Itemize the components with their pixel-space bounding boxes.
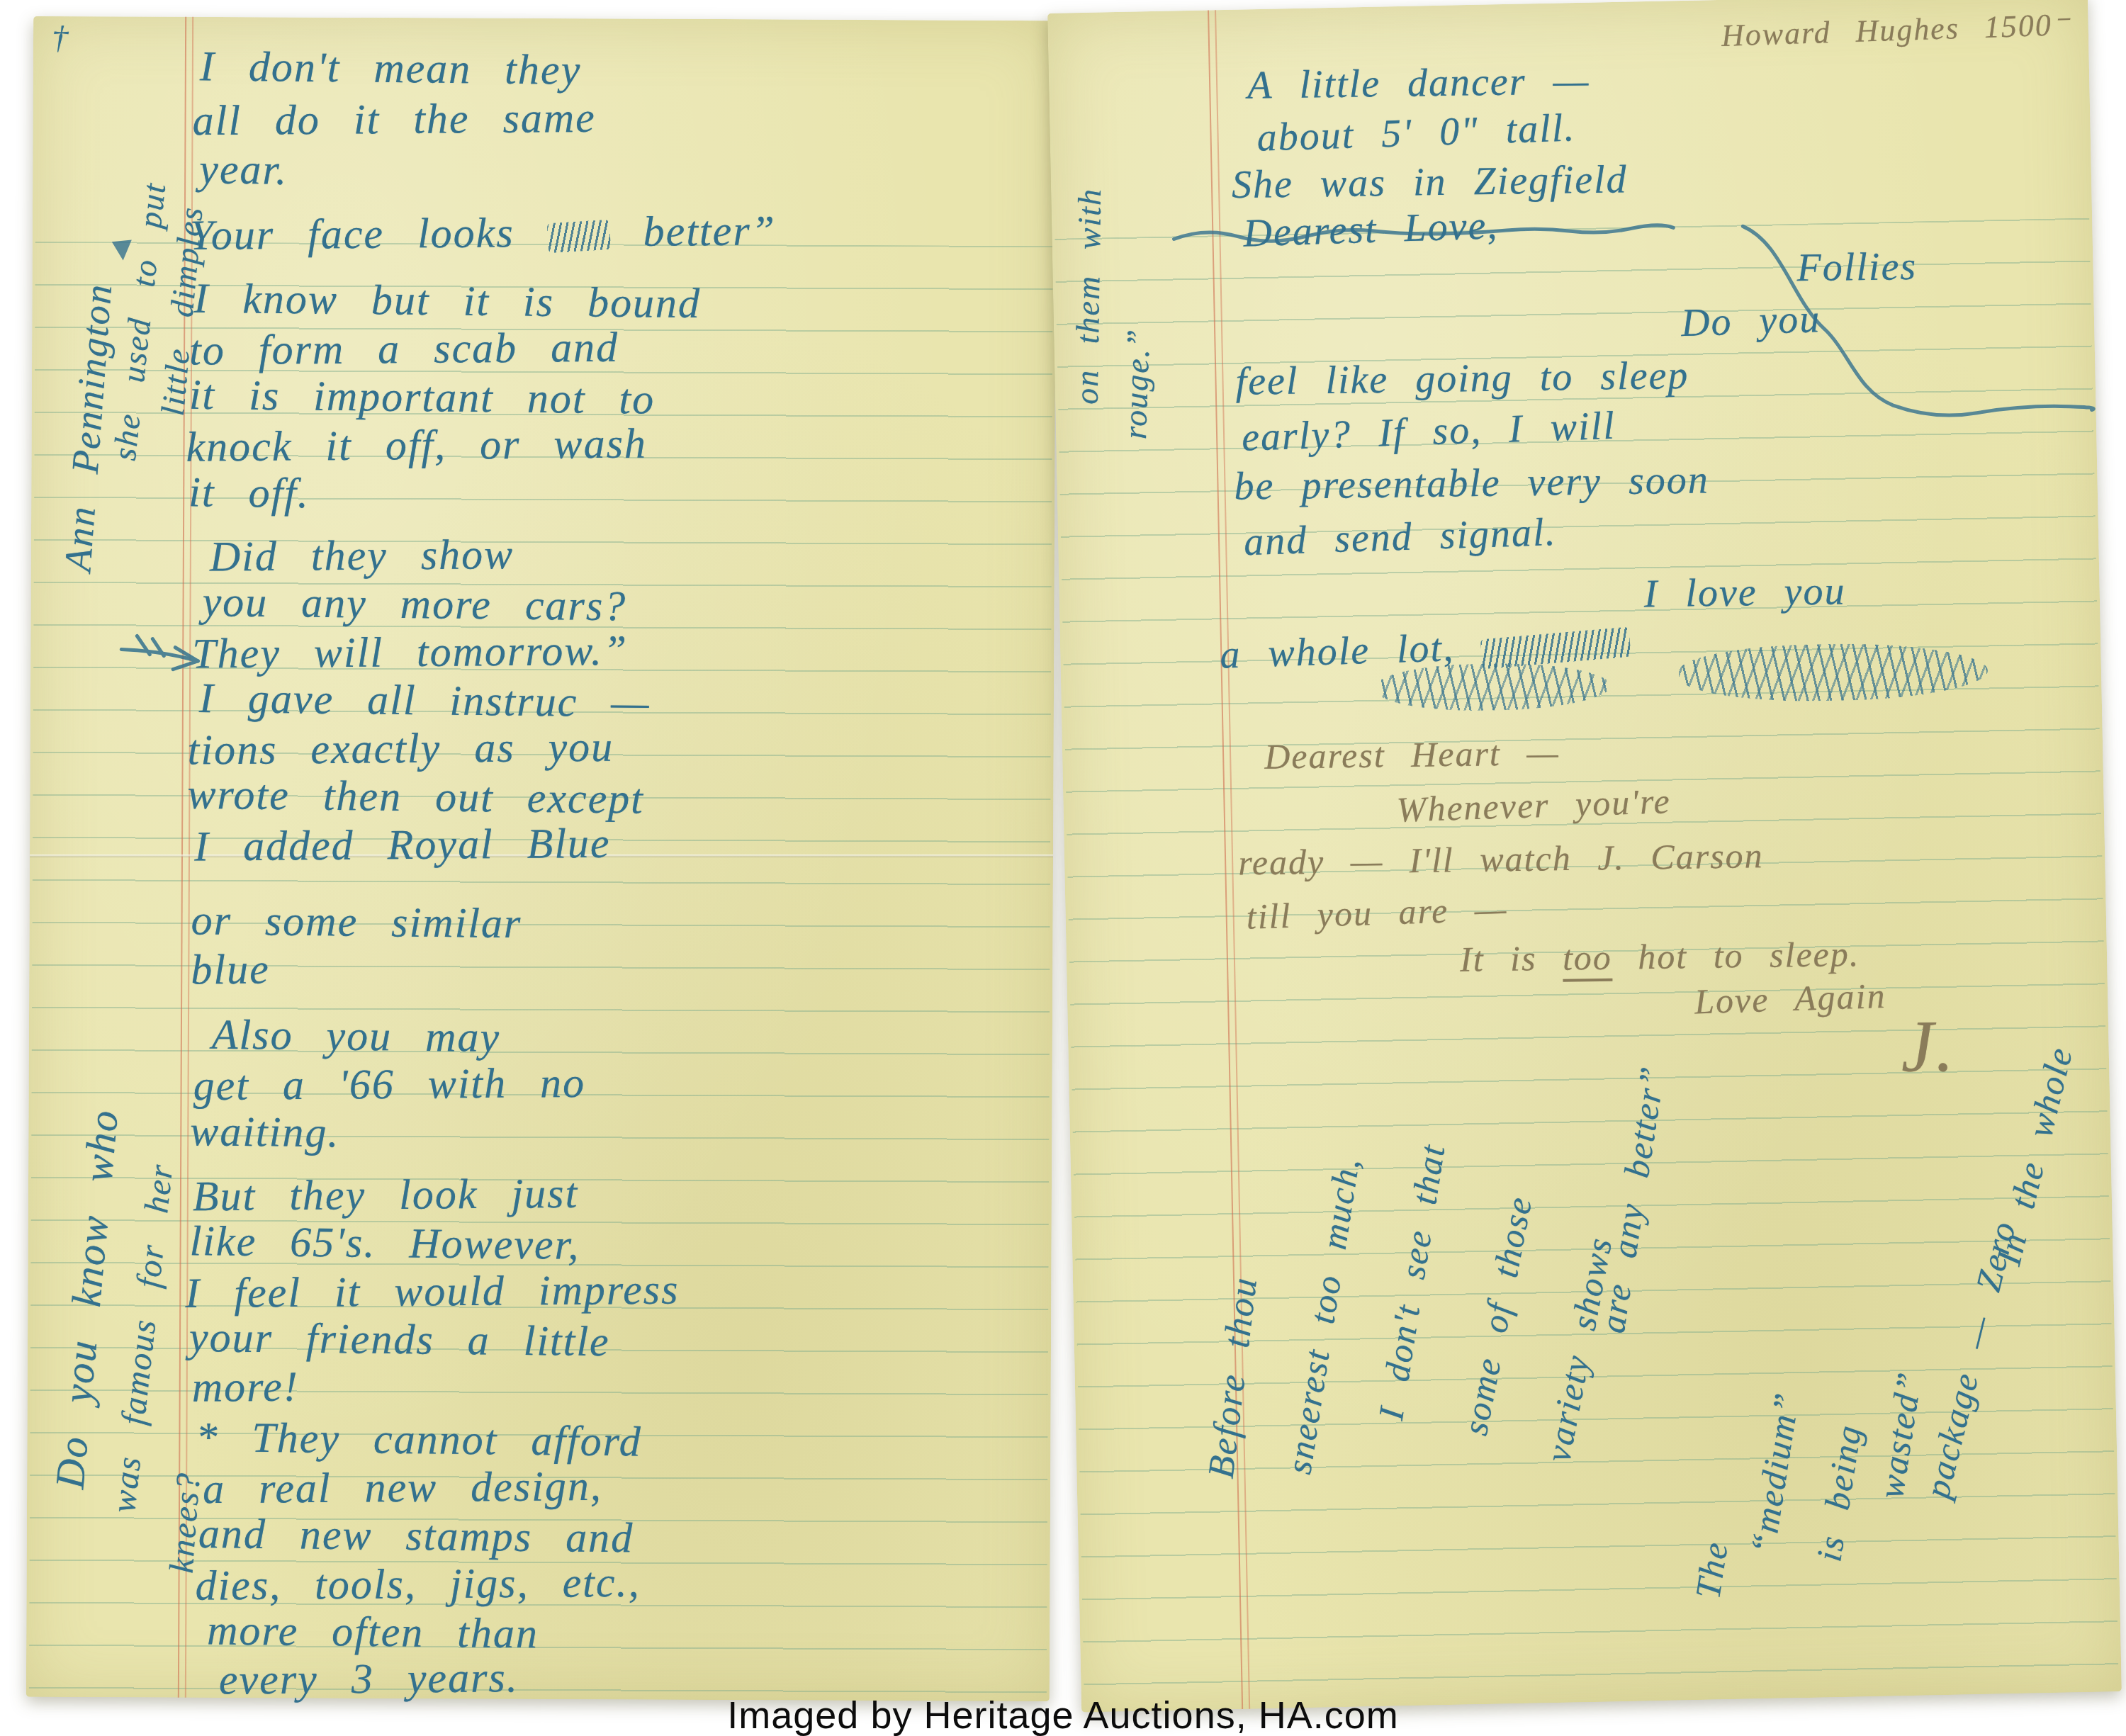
handwriting-line: more often than [207,1608,539,1657]
handwriting-line: get a '66 with no [193,1061,585,1108]
pencil-reply-line: Whenever you're [1396,782,1672,828]
handwriting-line: Follies [1796,246,1917,289]
handwriting-line: every 3 years. [219,1655,519,1702]
handwriting-text: better” [609,207,776,255]
handwriting-line: They will tomorrow.” [192,629,629,677]
handwriting-line: and new stamps and [198,1511,634,1560]
rotated-note-column: are any better” [1594,1064,1672,1336]
handwriting-line: Dearest Love, [1242,205,1499,254]
handwriting-line: I love you [1643,570,1846,615]
handwriting-line: I feel it would impress [185,1268,680,1316]
handwriting-line: year. [199,147,288,193]
handwriting-line: feel like going to sleep [1235,355,1689,403]
rotated-note-column: package — Zero [1918,1217,2023,1501]
rotated-note-column: sneerest too much, [1280,1154,1366,1476]
handwriting-line: * They cannot afford [196,1415,642,1465]
pencil-reply-line: Love Again [1694,977,1886,1020]
rotated-note-column: I don't see that [1372,1142,1451,1423]
crossed-out-scribble [547,220,611,253]
handwriting-line: it is important not to [189,373,656,422]
dealer-pencil-annotation: Howard Hughes 1500⁻ [1721,9,2071,52]
rotated-note-column: is being [1810,1422,1868,1565]
handwriting-line: She was in Ziegfield [1232,159,1628,206]
pencil-reply-line: ready — I'll watch J. Carson [1238,837,1764,881]
handwriting-line: blue [191,947,270,993]
handwriting-line: and send signal. [1243,512,1557,563]
handwriting-text: too [1562,937,1612,982]
handwriting-line: I know but it is bound [193,276,701,326]
handwriting-line: I added Royal Blue [194,821,611,869]
handwriting-line: Also you may [212,1013,501,1060]
rotated-note-column: “medium” [1744,1390,1806,1556]
pencil-reply-line: Dearest Heart — [1264,734,1560,775]
handwriting-line: be presentable very soon [1234,459,1709,507]
cross-mark: † [52,21,70,55]
handwriting-line: dies, tools, jigs, etc., [195,1560,640,1608]
rotated-note-column: The [1689,1539,1734,1601]
handwriting-line: I gave all instruc — [199,676,651,726]
handwriting-line: tions exactly as you [187,725,614,773]
right-letter-page: Howard Hughes 1500⁻A little dancer —abou… [1047,0,2122,1712]
handwriting-line: Do you [1680,298,1821,344]
handwriting-line: I don't mean they [200,44,582,93]
rotated-note-column: Before thou [1203,1275,1265,1481]
handwriting-text: hot to sleep. [1612,934,1860,977]
handwriting-line: a real new design, [203,1464,602,1511]
scanned-letter-photo: I don't mean theyall do it the sameyear.… [0,0,2126,1736]
pencil-reply-line: It is too hot to sleep. [1460,935,1860,978]
handwriting-line: early? If so, I will [1241,405,1616,459]
handwriting-line: But they look just [193,1171,579,1219]
handwriting-line: more! [191,1365,299,1410]
handwriting-line: like 65's. However, [189,1219,580,1268]
handwriting-line: waiting. [190,1109,340,1155]
handwriting-line: wrote then out except [187,772,644,822]
handwriting-line: about 5' 0" tall. [1256,107,1576,159]
margin-note-column: rouge.” [1118,327,1156,439]
handwriting-line: to form a scab and [189,325,619,373]
crossed-out-scribble [1480,627,1631,670]
margin-note-column: on them with [1070,188,1108,405]
handwriting-line: you any more cars? [202,580,626,629]
handwriting-line: Your face looks better” [190,208,777,257]
auction-house-caption: Imaged by Heritage Auctions, HA.com [727,1693,1398,1736]
handwriting-line: it off. [189,470,310,516]
handwriting-line: Did they show [210,532,514,579]
rotated-note-column: some of those [1456,1193,1539,1438]
handwriting-line: your friends a little [189,1315,610,1364]
handwriting-line: A little dancer — [1247,60,1590,107]
handwriting-line: or some similar [191,898,522,946]
handwriting-text: Your face looks [190,209,548,259]
pencil-reply-line: J. [1901,1008,1956,1086]
handwriting-text: It is [1460,938,1563,979]
signature-scrawl [1678,641,1989,704]
left-letter-page: I don't mean theyall do it the sameyear.… [26,16,1057,1701]
handwriting-line: all do it the same [192,96,596,143]
pencil-reply-line: till you are — [1246,890,1508,935]
handwriting-line: knock it off, or wash [186,422,647,470]
margin-note-column: knees? [164,1471,207,1574]
